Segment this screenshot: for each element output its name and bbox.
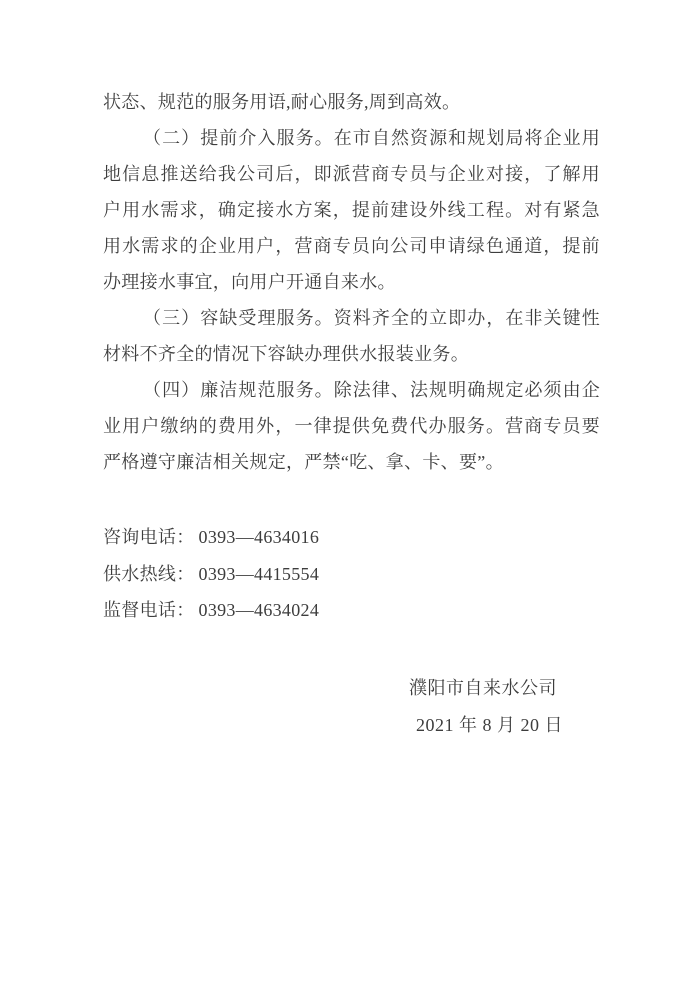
body-line: 状态、规范的服务用语,耐心服务,周到高效。 [103,84,600,120]
contact-number: 0393—4634024 [195,600,320,620]
body-line: （四）廉洁规范服务。除法律、法规明确规定必须由企 [103,372,600,408]
contact-separator: ： [176,600,194,620]
body-line: 用水需求的企业用户，营商专员向公司申请绿色通道，提前 [103,228,600,264]
body-text: 状态、规范的服务用语,耐心服务,周到高效。 （二）提前介入服务。在市自然资源和规… [103,84,600,480]
document-page: 状态、规范的服务用语,耐心服务,周到高效。 （二）提前介入服务。在市自然资源和规… [0,0,700,990]
contact-label: 咨询电话 [103,527,176,547]
contact-row: 咨询电话：0393—4634016 [103,519,600,556]
contact-number: 0393—4634016 [195,527,320,547]
signature-block: 濮阳市自来水公司 2021 年 8 月 20 日 [103,670,600,745]
body-line: （三）容缺受理服务。资料齐全的立即办，在非关键性 [103,300,600,336]
body-line: 办理接水事宜，向用户开通自来水。 [103,264,600,300]
signature-company: 濮阳市自来水公司 [103,670,600,706]
body-line: 材料不齐全的情况下容缺办理供水报装业务。 [103,336,600,372]
paragraph: 状态、规范的服务用语,耐心服务,周到高效。 [103,84,600,120]
body-line: 严格遵守廉洁相关规定，严禁“吃、拿、卡、要”。 [103,444,600,480]
signature-date: 2021 年 8 月 20 日 [103,706,600,745]
contact-row: 供水热线：0393—4415554 [103,556,600,593]
contact-row: 监督电话：0393—4634024 [103,592,600,629]
body-line: 业用户缴纳的费用外，一律提供免费代办服务。营商专员要 [103,408,600,444]
paragraph: （二）提前介入服务。在市自然资源和规划局将企业用 地信息推送给我公司后，即派营商… [103,120,600,300]
body-line: （二）提前介入服务。在市自然资源和规划局将企业用 [103,120,600,156]
body-line: 地信息推送给我公司后，即派营商专员与企业对接，了解用 [103,156,600,192]
contact-label: 供水热线 [103,564,176,584]
contact-number: 0393—4415554 [195,564,320,584]
paragraph: （四）廉洁规范服务。除法律、法规明确规定必须由企 业用户缴纳的费用外，一律提供免… [103,372,600,480]
contact-separator: ： [176,527,194,547]
contact-separator: ： [176,564,194,584]
contact-info: 咨询电话：0393—4634016 供水热线：0393—4415554 监督电话… [103,519,600,629]
contact-label: 监督电话 [103,600,176,620]
body-line: 户用水需求，确定接水方案，提前建设外线工程。对有紧急 [103,192,600,228]
paragraph: （三）容缺受理服务。资料齐全的立即办，在非关键性 材料不齐全的情况下容缺办理供水… [103,300,600,372]
document-content: 状态、规范的服务用语,耐心服务,周到高效。 （二）提前介入服务。在市自然资源和规… [103,84,600,745]
